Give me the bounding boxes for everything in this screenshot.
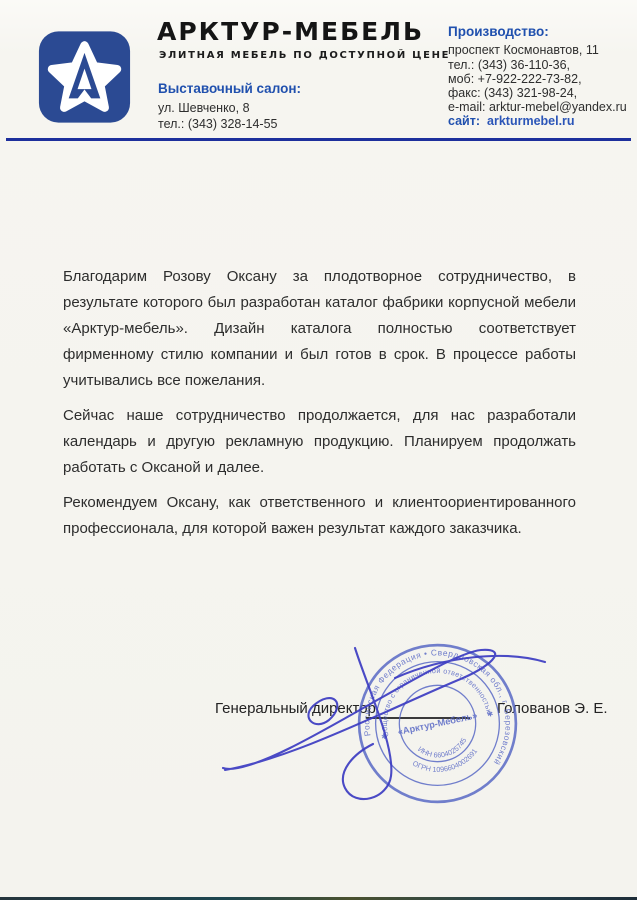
production-address: проспект Космонавтов, 11 bbox=[448, 43, 599, 57]
stamp-outer-ring bbox=[345, 631, 531, 817]
brand-title: АРКТУР-МЕБЕЛЬ bbox=[157, 17, 424, 46]
stamp-inn-text: ИНН 6604025745 bbox=[415, 735, 471, 765]
production-mobile: моб: +7-922-222-73-82, bbox=[448, 72, 582, 86]
site-url: arkturmebel.ru bbox=[487, 114, 575, 128]
letter-paragraph: Благодарим Розову Оксану за плодотворное… bbox=[63, 264, 576, 394]
production-site: сайт:arkturmebel.ru bbox=[448, 114, 575, 128]
stamp-center-text: «Арктур-Мебель» bbox=[397, 710, 478, 737]
stamp-middle-ring bbox=[364, 650, 511, 797]
showroom-address: ул. Шевченко, 8 bbox=[158, 101, 250, 115]
production-heading: Производство: bbox=[448, 24, 549, 39]
brand-tagline: ЭЛИТНАЯ МЕБЕЛЬ ПО ДОСТУПНОЙ ЦЕНЕ bbox=[159, 50, 450, 61]
stamp-right-mark: ✱ bbox=[486, 709, 494, 719]
handwritten-signature bbox=[195, 636, 555, 814]
stamp-left-mark: ✱ bbox=[380, 731, 388, 741]
showroom-phone: тел.: (343) 328-14-55 bbox=[158, 117, 277, 131]
stamp-inner-text: Общество с ограниченной ответственностью bbox=[369, 655, 494, 738]
letter-page: АРКТУР-МЕБЕЛЬ ЭЛИТНАЯ МЕБЕЛЬ ПО ДОСТУПНО… bbox=[0, 0, 637, 900]
company-stamp: Российская Федерация • Свердловская обл.… bbox=[340, 626, 536, 822]
signature-name: Голованов Э. Е. bbox=[497, 700, 608, 717]
letter-paragraph: Рекомендуем Оксану, как ответственного и… bbox=[63, 490, 576, 542]
showroom-heading: Выставочный салон: bbox=[158, 81, 301, 96]
signature-role: Генеральный директор bbox=[215, 700, 376, 717]
production-email: e-mail: arktur-mebel@yandex.ru bbox=[448, 100, 627, 114]
stamp-ogrn-text: ОГРН 1096604002691 bbox=[410, 745, 482, 780]
letter-body: Благодарим Розову Оксану за плодотворное… bbox=[63, 264, 576, 551]
production-fax: факс: (343) 321-98-24, bbox=[448, 86, 577, 100]
letter-paragraph: Сейчас наше сотрудничество продолжается,… bbox=[63, 403, 576, 481]
header-divider bbox=[6, 138, 631, 141]
stamp-inner-ring bbox=[392, 678, 483, 769]
company-logo bbox=[38, 30, 131, 124]
production-phone: тел.: (343) 36-110-36, bbox=[448, 58, 570, 72]
signature-line bbox=[366, 717, 470, 719]
site-label: сайт: bbox=[448, 114, 480, 128]
